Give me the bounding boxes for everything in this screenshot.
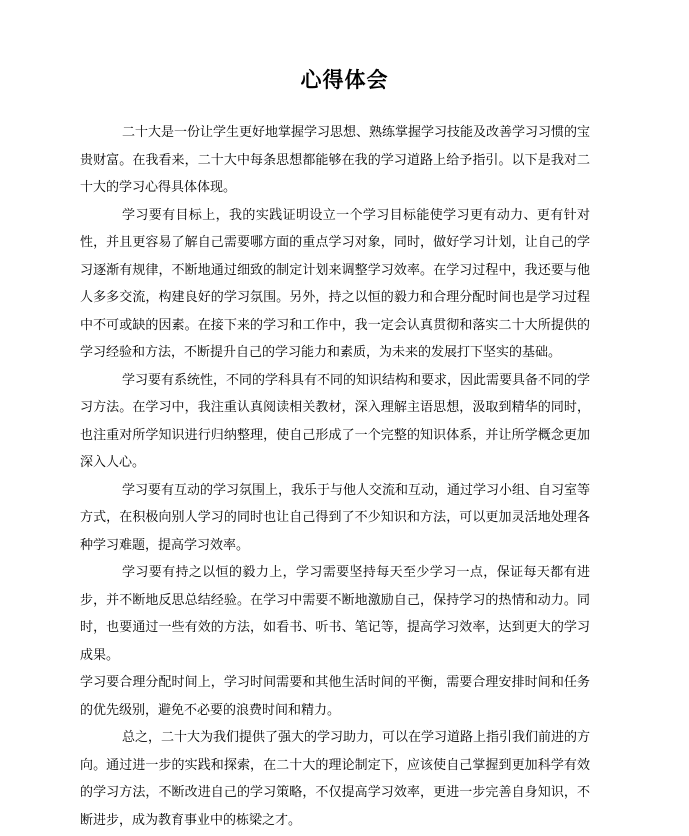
paragraph-4: 学习要有互动的学习氛围上，我乐于与他人交流和互动，通过学习小组、自习室等方式，在… bbox=[80, 476, 590, 559]
paragraph-7: 总之，二十大为我们提供了强大的学习助力，可以在学习道路上指引我们前进的方向。通过… bbox=[80, 723, 590, 833]
paragraph-3: 学习要有系统性，不同的学科具有不同的知识结构和要求，因此需要具备不同的学习方法。… bbox=[80, 366, 590, 476]
paragraph-6: 学习要合理分配时间上，学习时间需要和其他生活时间的平衡，需要合理安排时间和任务的… bbox=[80, 668, 590, 723]
document-title: 心得体会 bbox=[0, 67, 689, 93]
paragraph-5: 学习要有持之以恒的毅力上，学习需要坚持每天至少学习一点，保证每天都有进步，并不断… bbox=[80, 558, 590, 668]
paragraph-2: 学习要有目标上，我的实践证明设立一个学习目标能使学习更有动力、更有针对性，并且更… bbox=[80, 201, 590, 366]
paragraph-1: 二十大是一份让学生更好地掌握学习思想、熟练掌握学习技能及改善学习习惯的宝贵财富。… bbox=[80, 118, 590, 201]
document-body: 二十大是一份让学生更好地掌握学习思想、熟练掌握学习技能及改善学习习惯的宝贵财富。… bbox=[80, 118, 590, 833]
document-page: 心得体会 二十大是一份让学生更好地掌握学习思想、熟练掌握学习技能及改善学习习惯的… bbox=[0, 0, 689, 836]
